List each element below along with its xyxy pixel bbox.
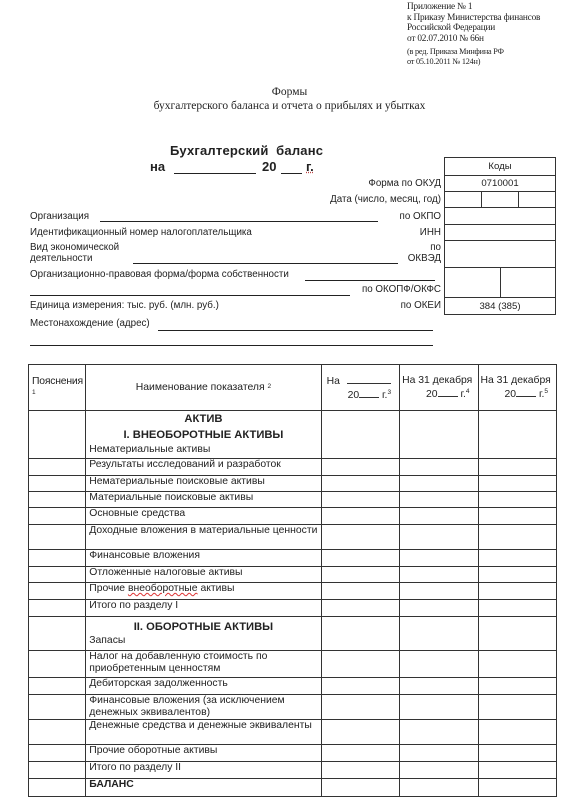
section1-heading: I. ВНЕОБОРОТНЫЕ АКТИВЫ xyxy=(89,428,317,442)
codes-header-row: Коды xyxy=(445,158,555,175)
header-col3-year: 20 xyxy=(505,389,517,400)
value-cell[interactable] xyxy=(400,600,478,617)
date-label: Дата (число, месяц, год) xyxy=(330,194,441,205)
value-cell[interactable] xyxy=(478,525,556,550)
value-cell[interactable] xyxy=(400,583,478,600)
appendix-line: Приложение № 1 xyxy=(407,2,540,13)
header-col-prev-year: На 31 декабря 20 г.4 xyxy=(400,365,478,411)
table-row: Нематериальные поисковые активы xyxy=(29,476,557,492)
balance-title: Бухгалтерский баланс xyxy=(170,143,323,158)
table-header-row: Пояснения 1 Наименование показателя 2 На… xyxy=(29,365,557,411)
appendix-note: Приложение № 1 к Приказу Министерства фи… xyxy=(407,2,540,67)
footnote-mark: 3 xyxy=(387,389,391,396)
okopf-label: по ОКОПФ/ОКФС xyxy=(362,284,441,295)
value-cell[interactable] xyxy=(478,550,556,567)
table-row: Итого по разделу II xyxy=(29,762,557,779)
okud-row: 0710001 xyxy=(445,175,555,191)
value-cell[interactable] xyxy=(321,617,399,651)
inn-cell[interactable] xyxy=(445,225,555,240)
value-cell[interactable] xyxy=(321,459,399,476)
table-row: Отложенные налоговые активы xyxy=(29,567,557,583)
table-row: Доходные вложения в материальные ценност… xyxy=(29,525,557,550)
indicator-name-text: Прочие внеоборотные активы xyxy=(89,583,234,594)
okved-label-line2: ОКВЭД xyxy=(408,253,441,264)
value-cell[interactable] xyxy=(400,695,478,720)
appendix-line: к Приказу Министерства финансов xyxy=(407,13,540,24)
value-cell[interactable] xyxy=(321,583,399,600)
forms-title: Формы бухгалтерского баланса и отчета о … xyxy=(0,86,579,113)
okved-cell[interactable] xyxy=(445,241,555,267)
okved-label-line1: по xyxy=(430,242,441,253)
organization-field[interactable] xyxy=(100,221,378,222)
value-cell[interactable] xyxy=(321,492,399,508)
okei-label: по ОКЕИ xyxy=(401,300,441,311)
appendix-line: от 02.07.2010 № 66н xyxy=(407,34,540,45)
table-row: Материальные поисковые активы xyxy=(29,492,557,508)
table-row: Итого по разделу I xyxy=(29,600,557,617)
edition-line: от 05.10.2011 № 124н) xyxy=(407,57,540,67)
inn-label: ИНН xyxy=(420,227,441,238)
okpo-row xyxy=(445,207,555,224)
value-cell[interactable] xyxy=(478,411,556,459)
value-cell[interactable] xyxy=(400,617,478,651)
indicator-name: Нематериальные поисковые активы xyxy=(86,476,321,492)
notes-cell[interactable] xyxy=(29,508,86,525)
inn-row xyxy=(445,224,555,240)
spellcheck-word: внеоборотные xyxy=(128,583,198,594)
section2-total: Итого по разделу II xyxy=(86,762,321,779)
footnote-mark: 4 xyxy=(466,388,470,395)
indicator-name: Прочие внеоборотные активы xyxy=(86,583,321,600)
balance-date-field[interactable] xyxy=(174,173,256,174)
value-cell[interactable] xyxy=(321,745,399,762)
header-col1-prefix: На xyxy=(327,376,340,387)
table-row: Денежные средства и денежные эквиваленты xyxy=(29,720,557,745)
value-cell[interactable] xyxy=(478,567,556,583)
appendix-line: Российской Федерации xyxy=(407,23,540,34)
date-month-cell[interactable] xyxy=(481,192,518,207)
section1-total: Итого по разделу I xyxy=(86,600,321,617)
notes-cell[interactable] xyxy=(29,567,86,583)
col3-year-blank[interactable] xyxy=(516,387,536,397)
value-cell[interactable] xyxy=(400,492,478,508)
asset-heading: АКТИВ xyxy=(89,411,317,426)
notes-cell[interactable] xyxy=(29,411,86,459)
okud-code: 0710001 xyxy=(445,176,555,191)
balance-year-field[interactable] xyxy=(281,173,302,174)
value-cell[interactable] xyxy=(400,550,478,567)
activity-label-line2: деятельности xyxy=(30,253,93,264)
balance-year-suffix: г. xyxy=(306,159,314,174)
notes-cell[interactable] xyxy=(29,617,86,651)
inn-description: Идентификационный номер налогоплательщик… xyxy=(30,227,252,238)
value-cell[interactable] xyxy=(321,678,399,695)
value-cell[interactable] xyxy=(400,720,478,745)
value-cell[interactable] xyxy=(478,779,556,797)
indicator-name: Финансовые вложения xyxy=(86,550,321,567)
address-label: Местонахождение (адрес) xyxy=(30,318,150,329)
header-col2-label: На 31 декабря xyxy=(402,375,475,387)
value-cell[interactable] xyxy=(321,779,399,797)
value-cell[interactable] xyxy=(478,583,556,600)
indicator-name: Запасы xyxy=(89,634,317,647)
notes-cell[interactable] xyxy=(29,651,86,678)
value-cell[interactable] xyxy=(478,508,556,525)
value-cell[interactable] xyxy=(478,600,556,617)
value-cell[interactable] xyxy=(321,600,399,617)
header-notes-text: Пояснения xyxy=(32,376,83,387)
value-cell[interactable] xyxy=(478,476,556,492)
value-cell[interactable] xyxy=(321,411,399,459)
footnote-mark: 5 xyxy=(544,388,548,395)
value-cell[interactable] xyxy=(478,459,556,476)
value-cell[interactable] xyxy=(478,745,556,762)
value-cell[interactable] xyxy=(400,476,478,492)
header-col2-year: 20 xyxy=(426,389,438,400)
legal-form-label: Организационно-правовая форма/форма собс… xyxy=(30,269,289,280)
okved-row xyxy=(445,240,555,267)
table-row: БАЛАНС xyxy=(29,779,557,797)
value-cell[interactable] xyxy=(321,720,399,745)
indicator-name: Денежные средства и денежные эквиваленты xyxy=(86,720,321,745)
value-cell[interactable] xyxy=(400,678,478,695)
date-year-cell[interactable] xyxy=(518,192,555,207)
indicator-cell: АКТИВ I. ВНЕОБОРОТНЫЕ АКТИВЫ Нематериаль… xyxy=(86,411,321,459)
table-row: Финансовые вложения (за исключением дене… xyxy=(29,695,557,720)
value-cell[interactable] xyxy=(400,779,478,797)
value-cell[interactable] xyxy=(400,745,478,762)
value-cell[interactable] xyxy=(400,525,478,550)
notes-cell[interactable] xyxy=(29,550,86,567)
footnote-mark: 1 xyxy=(32,389,35,396)
header-col1-year: 20 xyxy=(348,390,360,401)
table-row: II. ОБОРОТНЫЕ АКТИВЫ Запасы xyxy=(29,617,557,651)
footnote-mark: 2 xyxy=(267,383,271,390)
indicator-name: Основные средства xyxy=(86,508,321,525)
table-row: Результаты исследований и разработок xyxy=(29,459,557,476)
value-cell[interactable] xyxy=(400,567,478,583)
notes-cell[interactable] xyxy=(29,525,86,550)
date-day-cell[interactable] xyxy=(445,192,481,207)
legal-form-field-2[interactable] xyxy=(30,295,350,296)
codes-box: Коды 0710001 384 (385) xyxy=(444,157,556,315)
header-col-current: На 20 г.3 xyxy=(321,365,399,411)
value-cell[interactable] xyxy=(321,525,399,550)
activity-field[interactable] xyxy=(133,263,398,264)
indicator-name: Финансовые вложения (за исключением дене… xyxy=(86,695,321,720)
col1-date-blank[interactable] xyxy=(347,374,391,384)
notes-cell[interactable] xyxy=(29,695,86,720)
balance-table: Пояснения 1 Наименование показателя 2 На… xyxy=(28,364,557,797)
activity-label-line1: Вид экономической xyxy=(30,242,119,253)
table-row: Налог на добавленную стоимость по приобр… xyxy=(29,651,557,678)
col2-year-blank[interactable] xyxy=(438,387,458,397)
indicator-name: Результаты исследований и разработок xyxy=(86,459,321,476)
address-field-2[interactable] xyxy=(30,345,433,346)
indicator-cell: II. ОБОРОТНЫЕ АКТИВЫ Запасы xyxy=(86,617,321,651)
okpo-label: по ОКПО xyxy=(400,211,441,222)
okopf-cell[interactable] xyxy=(445,268,500,297)
balance-date-prefix: на xyxy=(150,159,165,174)
notes-cell[interactable] xyxy=(29,459,86,476)
table-row: АКТИВ I. ВНЕОБОРОТНЫЕ АКТИВЫ Нематериаль… xyxy=(29,411,557,459)
notes-cell[interactable] xyxy=(29,678,86,695)
notes-cell[interactable] xyxy=(29,476,86,492)
balance-total: БАЛАНС xyxy=(86,779,321,797)
edition-line: (в ред. Приказа Минфина РФ xyxy=(407,47,540,57)
table-row: Основные средства xyxy=(29,508,557,525)
value-cell[interactable] xyxy=(478,678,556,695)
okopf-row xyxy=(445,267,555,297)
forms-title-line1: Формы xyxy=(0,86,579,100)
forms-title-line2: бухгалтерского баланса и отчета о прибыл… xyxy=(0,100,579,114)
notes-cell[interactable] xyxy=(29,762,86,779)
indicator-name: Отложенные налоговые активы xyxy=(86,567,321,583)
organization-label: Организация xyxy=(30,211,89,222)
balance-year-prefix: 20 xyxy=(262,159,276,174)
value-cell[interactable] xyxy=(400,459,478,476)
section2-heading: II. ОБОРОТНЫЕ АКТИВЫ xyxy=(89,620,317,634)
header-name-text: Наименование показателя xyxy=(136,382,265,393)
col1-year-blank[interactable] xyxy=(359,388,379,398)
indicator-name: Материальные поисковые активы xyxy=(86,492,321,508)
okei-row: 384 (385) xyxy=(445,297,555,314)
table-row: Прочие оборотные активы xyxy=(29,745,557,762)
value-cell[interactable] xyxy=(400,411,478,459)
indicator-name: Налог на добавленную стоимость по приобр… xyxy=(86,651,321,678)
value-cell[interactable] xyxy=(478,617,556,651)
okei-code: 384 (385) xyxy=(445,298,555,314)
indicator-name: Доходные вложения в материальные ценност… xyxy=(86,525,321,550)
value-cell[interactable] xyxy=(478,492,556,508)
indicator-name: Нематериальные активы xyxy=(89,443,317,456)
okfs-cell[interactable] xyxy=(500,268,556,297)
table-row: Финансовые вложения xyxy=(29,550,557,567)
header-col-prev-prev-year: На 31 декабря 20 г.5 xyxy=(478,365,556,411)
notes-cell[interactable] xyxy=(29,492,86,508)
value-cell[interactable] xyxy=(321,695,399,720)
value-cell[interactable] xyxy=(400,651,478,678)
header-notes: Пояснения 1 xyxy=(29,365,86,411)
date-row xyxy=(445,191,555,207)
notes-cell[interactable] xyxy=(29,583,86,600)
notes-cell[interactable] xyxy=(29,720,86,745)
value-cell[interactable] xyxy=(400,762,478,779)
value-cell[interactable] xyxy=(321,550,399,567)
address-field[interactable] xyxy=(158,330,433,331)
value-cell[interactable] xyxy=(400,508,478,525)
value-cell[interactable] xyxy=(321,508,399,525)
value-cell[interactable] xyxy=(478,762,556,779)
okud-label: Форма по ОКУД xyxy=(368,178,441,189)
table-row: Прочие внеоборотные активы xyxy=(29,583,557,600)
value-cell[interactable] xyxy=(321,651,399,678)
header-col3-label: На 31 декабря xyxy=(481,375,554,387)
value-cell[interactable] xyxy=(478,720,556,745)
notes-cell[interactable] xyxy=(29,779,86,797)
unit-label: Единица измерения: тыс. руб. (млн. руб.) xyxy=(30,300,219,311)
indicator-name: Дебиторская задолженность xyxy=(86,678,321,695)
value-cell[interactable] xyxy=(321,567,399,583)
table-row: Дебиторская задолженность xyxy=(29,678,557,695)
codes-header: Коды xyxy=(445,158,555,175)
notes-cell[interactable] xyxy=(29,745,86,762)
value-cell[interactable] xyxy=(321,476,399,492)
value-cell[interactable] xyxy=(478,695,556,720)
legal-form-field[interactable] xyxy=(305,280,435,281)
notes-cell[interactable] xyxy=(29,600,86,617)
header-indicator-name: Наименование показателя 2 xyxy=(86,365,321,411)
appendix-edition: (в ред. Приказа Минфина РФ от 05.10.2011… xyxy=(407,47,540,66)
value-cell[interactable] xyxy=(478,651,556,678)
value-cell[interactable] xyxy=(321,762,399,779)
okpo-cell[interactable] xyxy=(445,208,555,224)
indicator-name: Прочие оборотные активы xyxy=(86,745,321,762)
